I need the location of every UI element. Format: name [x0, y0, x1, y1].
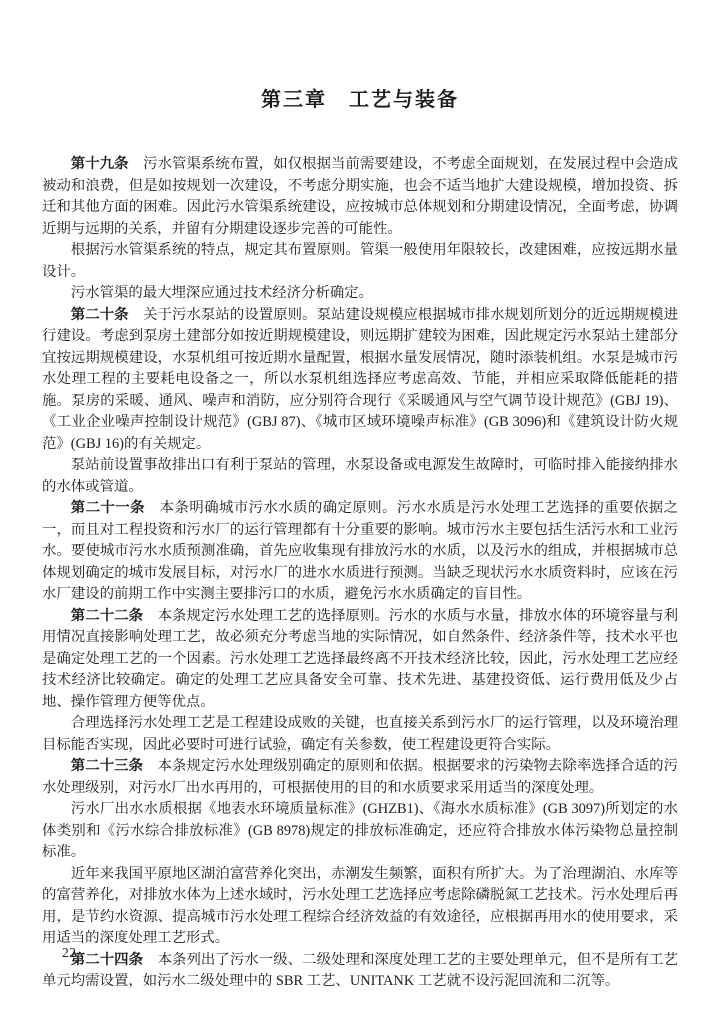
paragraph-text: 近年来我国平原地区湖泊富营养化突出，赤潮发生频繁，面积有所扩大。为了治理湖泊、水… [42, 866, 678, 947]
paragraph: 第二十二条 本条规定污水处理工艺的选择原则。污水的水质与水量，排放水体的环境容量… [42, 606, 678, 714]
paragraph: 根据污水管渠系统的特点，规定其布置原则。管渠一般使用年限较长，改建困难，应按远期… [42, 240, 678, 283]
paragraph: 第十九条 污水管渠系统布置，如仅根据当前需要建设，不考虑全面规划，在发展过程中会… [42, 154, 678, 240]
article-number: 第二十二条 [71, 608, 143, 624]
paragraph: 近年来我国平原地区湖泊富营养化突出，赤潮发生频繁，面积有所扩大。为了治理湖泊、水… [42, 864, 678, 950]
paragraph-text: 污水管渠系统布置，如仅根据当前需要建设，不考虑全面规划，在发展过程中会造成被动和… [42, 156, 678, 237]
paragraph: 污水管渠的最大埋深应通过技术经济分析确定。 [42, 283, 678, 305]
document-body: 第十九条 污水管渠系统布置，如仅根据当前需要建设，不考虑全面规划，在发展过程中会… [42, 154, 678, 993]
paragraph-text: 根据污水管渠系统的特点，规定其布置原则。管渠一般使用年限较长，改建困难，应按远期… [42, 242, 678, 280]
document-page: 第三章 工艺与装备 第十九条 污水管渠系统布置，如仅根据当前需要建设，不考虑全面… [0, 0, 717, 1018]
paragraph-text: 泵站前设置事故排出口有利于泵站的管理，水泵设备或电源发生故障时，可临时排入能接纳… [42, 457, 678, 495]
paragraph-text: 污水管渠的最大埋深应通过技术经济分析确定。 [71, 285, 373, 301]
article-number: 第二十三条 [71, 758, 143, 774]
article-number: 第二十四条 [71, 952, 143, 968]
paragraph: 第二十四条 本条列出了污水一级、二级处理和深度处理工艺的主要处理单元，但不是所有… [42, 950, 678, 993]
content-area: 第三章 工艺与装备 第十九条 污水管渠系统布置，如仅根据当前需要建设，不考虑全面… [42, 88, 678, 993]
paragraph: 第二十一条 本条明确城市污水水质的确定原则。污水水质是污水处理工艺选择的重要依据… [42, 498, 678, 606]
paragraph: 第二十三条 本条规定污水处理级别确定的原则和依据。根据要求的污染物去除率选择合适… [42, 756, 678, 799]
paragraph-text: 污水厂出水水质根据《地表水环境质量标准》(GHZB1)、《海水水质标准》(GB … [42, 801, 678, 860]
article-number: 第二十条 [71, 307, 129, 323]
paragraph: 污水厂出水水质根据《地表水环境质量标准》(GHZB1)、《海水水质标准》(GB … [42, 799, 678, 864]
article-number: 第二十一条 [71, 500, 145, 516]
paragraph-text: 关于污水泵站的设置原则。泵站建设规模应根据城市排水规划所划分的近远期规模进行建设… [42, 307, 678, 452]
article-number: 第十九条 [71, 156, 129, 172]
paragraph: 泵站前设置事故排出口有利于泵站的管理，水泵设备或电源发生故障时，可临时排入能接纳… [42, 455, 678, 498]
paragraph-text: 合理选择污水处理工艺是工程建设成败的关键，也直接关系到污水厂的运行管理，以及环境… [42, 715, 678, 753]
paragraph: 合理选择污水处理工艺是工程建设成败的关键，也直接关系到污水厂的运行管理，以及环境… [42, 713, 678, 756]
page-number: 22 [62, 945, 77, 961]
chapter-title: 第三章 工艺与装备 [42, 88, 678, 112]
paragraph: 第二十条 关于污水泵站的设置原则。泵站建设规模应根据城市排水规划所划分的近远期规… [42, 305, 678, 456]
